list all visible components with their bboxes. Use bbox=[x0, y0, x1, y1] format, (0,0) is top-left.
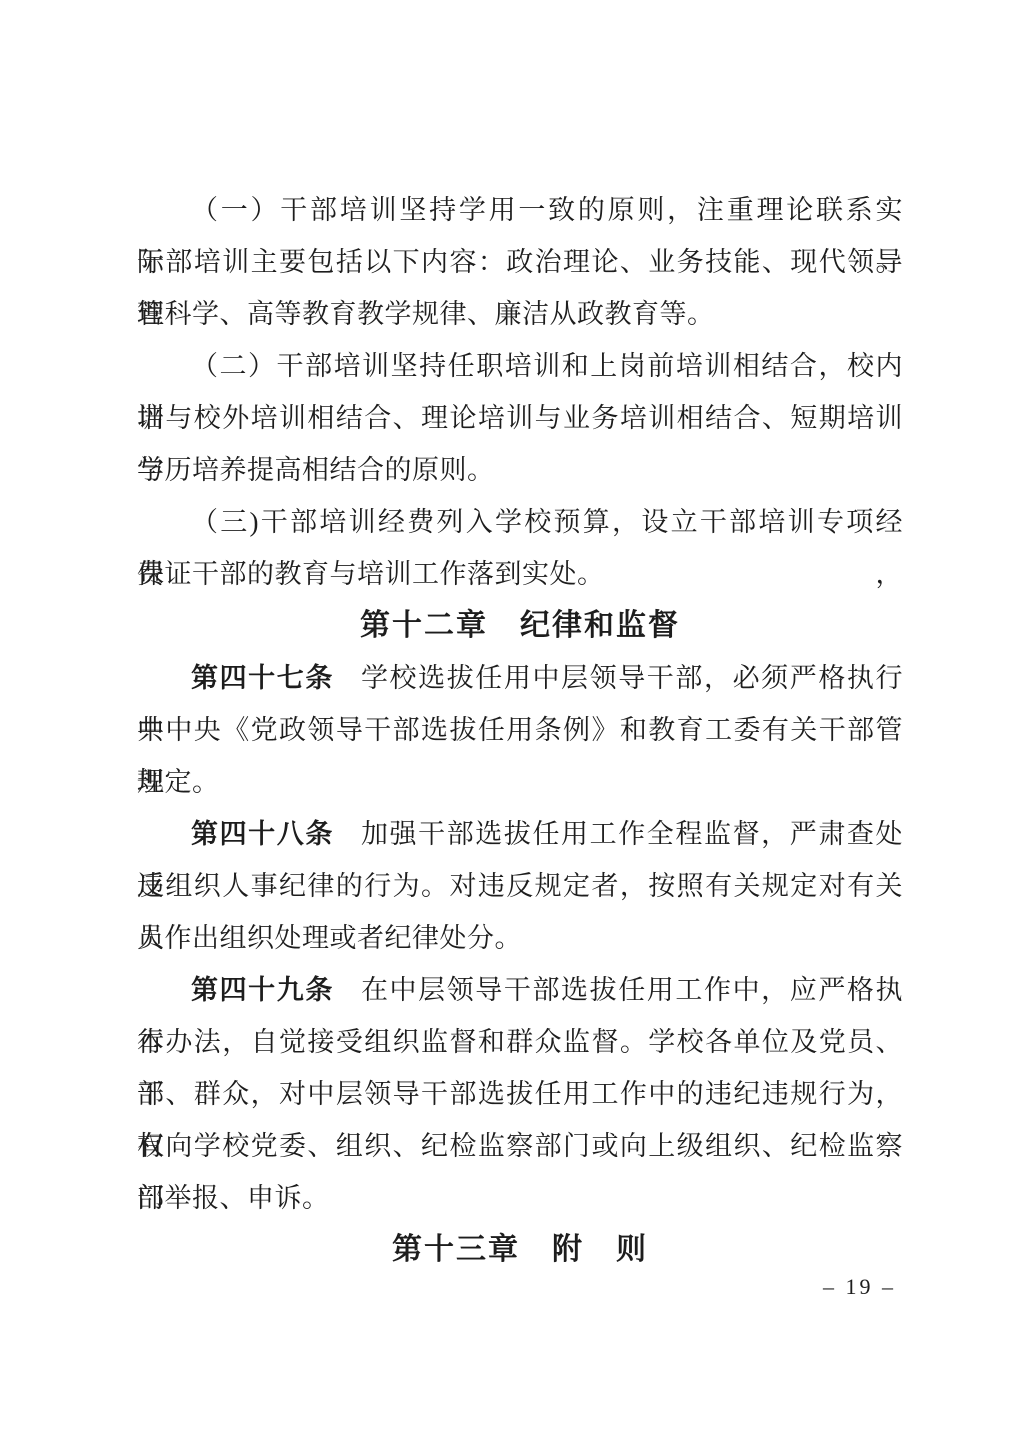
text-line: 第四十八条加强干部选拔任用工作全程监督，严肃查处违 bbox=[137, 808, 903, 860]
document-page: （一）干部培训坚持学用一致的原则，注重理论联系实际。干部培训主要包括以下内容：政… bbox=[0, 0, 1024, 1448]
text-line: 本办法，自觉接受组织监督和群众监督。学校各单位及党员、干 bbox=[137, 1016, 903, 1068]
text-line: 第十二章 纪律和监督 bbox=[137, 600, 903, 652]
document-body: （一）干部培训坚持学用一致的原则，注重理论联系实际。干部培训主要包括以下内容：政… bbox=[137, 184, 903, 1276]
text-line: （三)干部培训经费列入学校预算，设立干部培训专项经费， bbox=[137, 496, 903, 548]
text-line: 第十三章 附 则 bbox=[137, 1224, 903, 1276]
text-line: 第四十九条在中层领导干部选拔任用工作中，应严格执行 bbox=[137, 964, 903, 1016]
line-text: 门举报、申诉。 bbox=[137, 1183, 330, 1213]
line-text: 第十三章 附 则 bbox=[392, 1233, 648, 1266]
text-line: 权向学校党委、组织、纪检监察部门或向上级组织、纪检监察部 bbox=[137, 1120, 903, 1172]
text-line: （二）干部培训坚持任职培训和上岗前培训相结合，校内培 bbox=[137, 340, 903, 392]
page-number: – 19 – bbox=[823, 1272, 896, 1302]
text-line: （一）干部培训坚持学用一致的原则，注重理论联系实际。 bbox=[137, 184, 903, 236]
text-line: 反组织人事纪律的行为。对违反规定者，按照有关规定对有关人 bbox=[137, 860, 903, 912]
text-line: 部、群众，对中层领导干部选拔任用工作中的违纪违规行为，有 bbox=[137, 1068, 903, 1120]
line-text: 员作出组织处理或者纪律处分。 bbox=[137, 923, 522, 953]
text-line: 训与校外培训相结合、理论培训与业务培训相结合、短期培训与 bbox=[137, 392, 903, 444]
article-number-label: 第四十七条 bbox=[191, 663, 334, 693]
text-line: 干部培训主要包括以下内容：政治理论、业务技能、现代领导管 bbox=[137, 236, 903, 288]
text-line: 规定。 bbox=[137, 756, 903, 808]
text-line: 员作出组织处理或者纪律处分。 bbox=[137, 912, 903, 964]
text-line: 门举报、申诉。 bbox=[137, 1172, 903, 1224]
text-line: 理科学、高等教育教学规律、廉洁从政教育等。 bbox=[137, 288, 903, 340]
line-text: 第十二章 纪律和监督 bbox=[360, 609, 680, 642]
text-line: 第四十七条学校选拔任用中层领导干部，必须严格执行中 bbox=[137, 652, 903, 704]
article-number-label: 第四十八条 bbox=[191, 819, 334, 849]
line-text: 规定。 bbox=[137, 767, 220, 797]
line-text: 理科学、高等教育教学规律、廉洁从政教育等。 bbox=[137, 299, 715, 329]
line-text: 保证干部的教育与培训工作落到实处。 bbox=[137, 559, 605, 589]
text-line: 学历培养提高相结合的原则。 bbox=[137, 444, 903, 496]
article-number-label: 第四十九条 bbox=[191, 975, 334, 1005]
line-text: 学历培养提高相结合的原则。 bbox=[137, 455, 495, 485]
text-line: 共中央《党政领导干部选拔任用条例》和教育工委有关干部管理 bbox=[137, 704, 903, 756]
